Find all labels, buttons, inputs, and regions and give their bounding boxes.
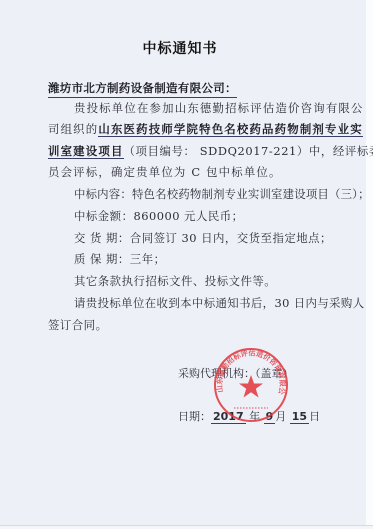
- body-line: 贵投标单位在参加山东德勤招标评估造价咨询有限公: [74, 100, 364, 116]
- request-line: 签订合同。: [48, 317, 107, 333]
- project-name: 训室建设项目: [48, 144, 124, 159]
- body-text: 司组织的: [48, 122, 98, 136]
- project-number: （项目编号： SDDQ2017-221）中，经评标委: [124, 144, 373, 158]
- date-day: 15: [290, 410, 309, 424]
- warranty-period: 质 保 期：三年；: [74, 251, 165, 267]
- body-line: 训室建设项目（项目编号： SDDQ2017-221）中，经评标委: [48, 143, 373, 159]
- document-title: 中标通知书: [0, 38, 360, 58]
- bid-amount: 中标金额：860000 元人民币；: [74, 208, 244, 224]
- page-edge: [0, 525, 373, 529]
- project-name: 山东医药技师学院特色名校药品药物制剂专业实: [98, 122, 362, 137]
- day-unit: 日: [309, 410, 320, 423]
- date-label: 日期：: [178, 410, 211, 423]
- document-page: [0, 0, 366, 525]
- company-seal-icon: 山东德勤招标评估造价咨询有限公司: [212, 346, 290, 424]
- request-line: 请贵投标单位在收到本中标通知书后，30 日内与采购人: [74, 295, 365, 311]
- other-terms: 其它条款执行招标文件、投标文件等。: [74, 273, 276, 289]
- addressee: 潍坊市北方制药设备制造有限公司：: [48, 80, 237, 98]
- body-line: 司组织的山东医药技师学院特色名校药品药物制剂专业实: [48, 121, 363, 137]
- bid-content: 中标内容：特色名校药物制剂专业实训室建设项目（三）；: [74, 186, 370, 202]
- body-line: 员会评标，确定贵单位为 C 包中标单位。: [48, 164, 282, 180]
- delivery-period: 交 货 期：合同签订 30 日内，交货至指定地点；: [74, 230, 332, 246]
